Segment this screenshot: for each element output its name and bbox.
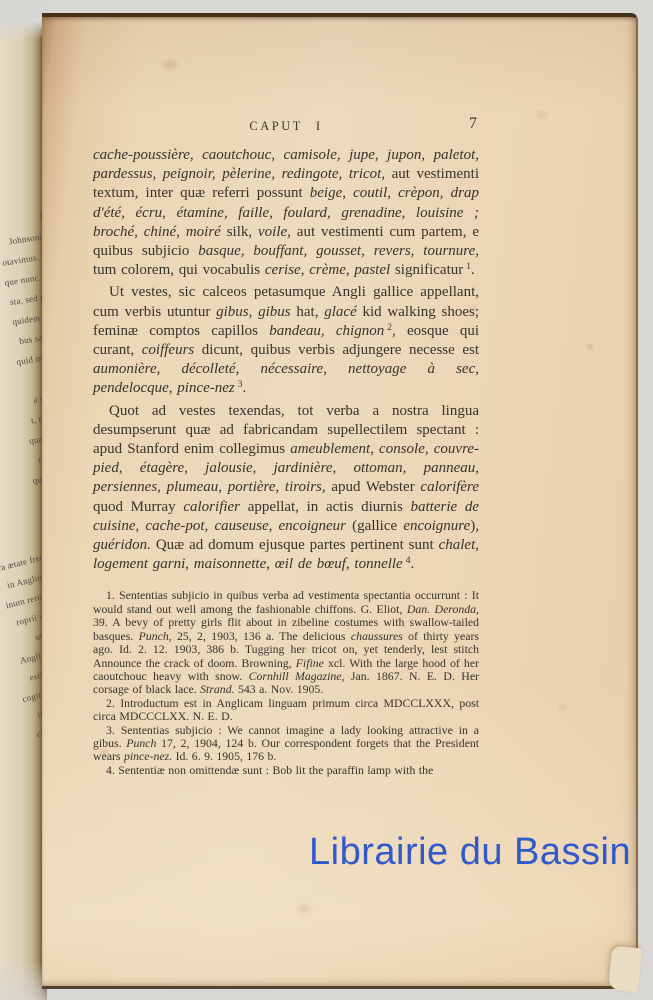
torn-corner (608, 946, 642, 993)
running-header: CAPUT I 7 (93, 117, 479, 135)
italic-text: calorifère (420, 479, 479, 495)
text: appellat, in actis diurnis (240, 499, 410, 515)
text: . Id. 6. 9. 1905, 176 b. (169, 749, 276, 763)
text: . (410, 556, 414, 572)
italic-text: Dan. Deronda, (407, 602, 479, 616)
italic-text: encoignure (403, 518, 470, 534)
spine-fragments-lower: ra ætate freqin Angliuminum rerumqroprii… (0, 548, 47, 937)
italic-text: chaussures (351, 629, 403, 643)
italic-text: cerise, crème, pastel (265, 262, 390, 278)
footnote: 2. Introductum est in Anglicam linguam p… (93, 697, 479, 724)
text: apud Webster (326, 479, 421, 495)
italic-text: aumonière, décolleté, nécessaire, nettoy… (93, 361, 479, 396)
text: 543 a. Nov. 1905. (235, 682, 324, 696)
italic-text: Punch (126, 736, 156, 750)
italic-text: broché, chiné, moiré (93, 224, 221, 240)
text: ), (470, 518, 479, 534)
italic-text: guéridon. (93, 537, 151, 553)
text: hat, (291, 304, 325, 320)
italic-text: pince-nez (124, 749, 169, 763)
paragraph: Ut vestes, sic calceos petasumque Angli … (93, 283, 479, 398)
italic-text: coiffeurs (142, 342, 195, 358)
text: 2. Introductum est in Anglicam linguam p… (93, 696, 479, 723)
italic-text: gibus, gibus (216, 304, 291, 320)
text: dicunt, quibus verbis adjungere necesse … (194, 342, 479, 358)
footnote: 1. Sententias subjicio in quibus verba a… (93, 589, 479, 696)
text: tum colorem, qui vocabulis (93, 262, 265, 278)
italic-text: voile, (258, 224, 291, 240)
text: 25, 2, 1903, 136 a. The delicious (172, 629, 351, 643)
body-paragraphs: cache-poussière, caoutchouc, camisole, j… (93, 146, 479, 574)
watermark: Librairie du Bassin (309, 830, 631, 874)
paragraph: Quot ad vestes texendas, tot verba a nos… (93, 402, 479, 575)
text: . (243, 380, 247, 396)
text: 4. Sententiæ non omittendæ sunt : Bob li… (106, 763, 433, 777)
text: quod Murray (93, 499, 183, 515)
spine-strip: 1Johnsoniootavimus. Wque nunc vidsta, se… (0, 0, 47, 1000)
paragraph: cache-poussière, caoutchouc, camisole, j… (93, 146, 479, 280)
chapter-title: CAPUT I (93, 117, 479, 136)
italic-text: Cornhill Magazine, (249, 669, 345, 683)
text: . (471, 262, 475, 278)
italic-text: Fifine (296, 656, 324, 670)
spine-fragments-upper: 1Johnsoniootavimus. Wque nunc vidsta, se… (0, 206, 47, 567)
text: Quæ ad domum ejusque partes pertinent su… (151, 537, 439, 553)
text: (gallice (346, 518, 403, 534)
text: silk, (221, 224, 258, 240)
footnote: 4. Sententiæ non omittendæ sunt : Bob li… (93, 764, 479, 777)
italic-text: glacé (324, 304, 356, 320)
italic-text: bandeau, chignon (269, 323, 384, 339)
text: significatur (390, 262, 463, 278)
italic-text: basque, bouffant, gousset, revers, tourn… (198, 243, 479, 259)
italic-text: calorifier (183, 499, 240, 515)
italic-text: Strand. (200, 682, 234, 696)
page-number: 7 (469, 114, 477, 133)
footnotes: 1. Sententias subjicio in quibus verba a… (93, 589, 479, 777)
italic-text: Punch, (139, 629, 172, 643)
footnote: 3. Sententias subjicio : We cannot imagi… (93, 724, 479, 764)
page-content: CAPUT I 7 cache-poussière, caoutchouc, c… (93, 117, 479, 777)
